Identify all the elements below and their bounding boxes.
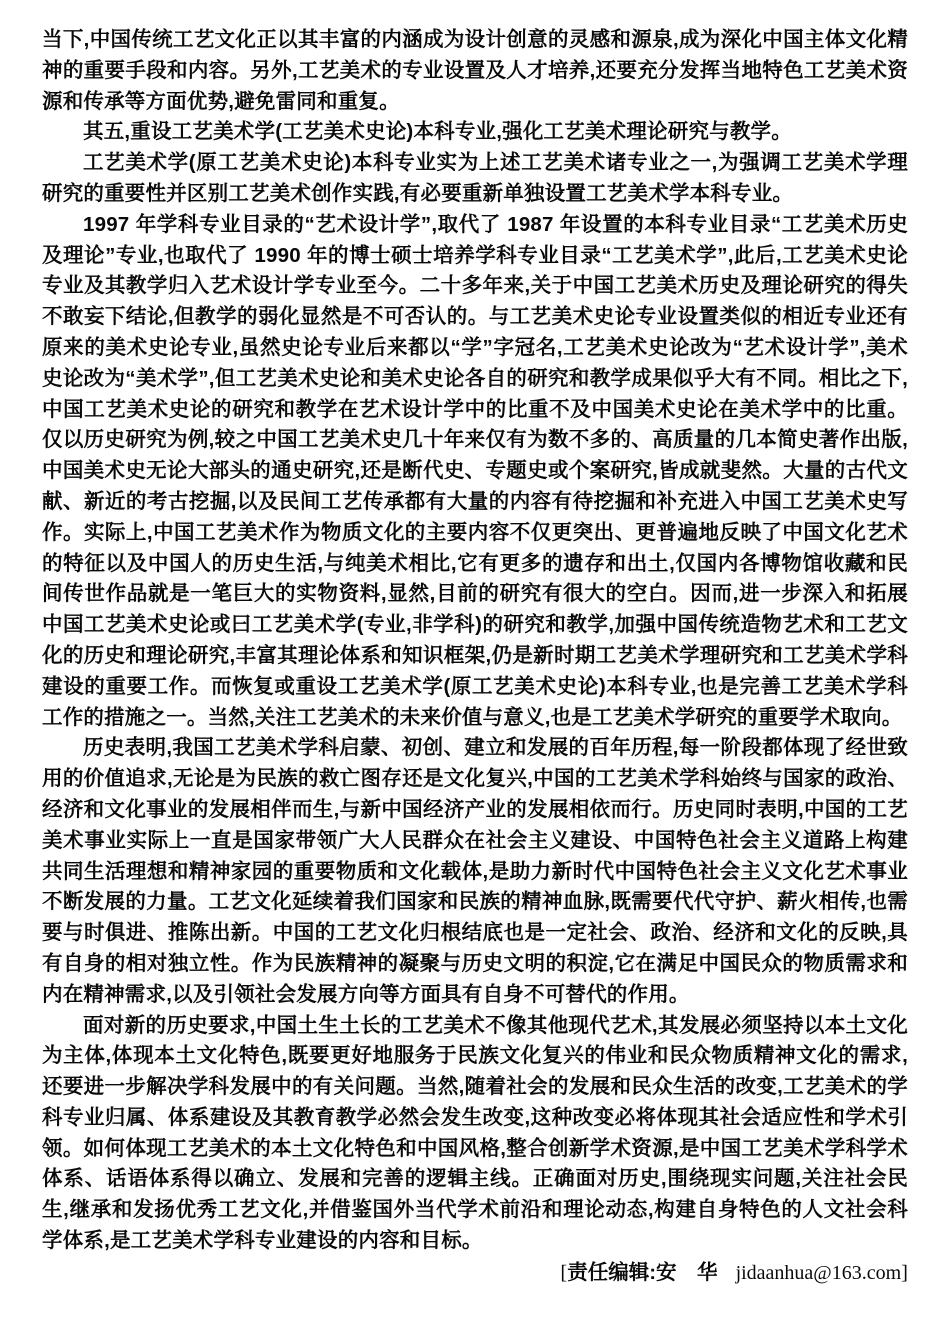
journal-page: 当下,中国传统工艺文化正以其丰富的内涵成为设计创意的灵感和源泉,成为深化中国主体… [0,0,950,1324]
paragraph-continuation: 当下,中国传统工艺文化正以其丰富的内涵成为设计创意的灵感和源泉,成为深化中国主体… [42,25,908,117]
editor-email: jidaanhua@163.com [736,1262,902,1284]
editor-note: [责任编辑:安 华jidaanhua@163.com] [42,1257,908,1289]
paragraph-major-rationale: 工艺美术学(原工艺美术史论)本科专业实为上述工艺美术诸专业之一,为强调工艺美术学… [42,148,908,210]
paragraph-point-five: 其五,重设工艺美术学(工艺美术史论)本科专业,强化工艺美术理论研究与教学。 [42,117,908,148]
editor-note-close-bracket: ] [901,1262,908,1284]
paragraph-catalog-history: 1997 年学科专业目录的“艺术设计学”,取代了 1987 年设置的本科专业目录… [42,210,908,734]
article-body: 当下,中国传统工艺文化正以其丰富的内涵成为设计创意的灵感和源泉,成为深化中国主体… [42,25,908,1289]
paragraph-conclusion: 面对新的历史要求,中国土生土长的工艺美术不像其他现代艺术,其发展必须坚持以本土文… [42,1011,908,1257]
paragraph-historical-summary: 历史表明,我国工艺美术学科启蒙、初创、建立和发展的百年历程,每一阶段都体现了经世… [42,733,908,1010]
editor-note-label: 责任编辑:安 华 [567,1261,717,1284]
